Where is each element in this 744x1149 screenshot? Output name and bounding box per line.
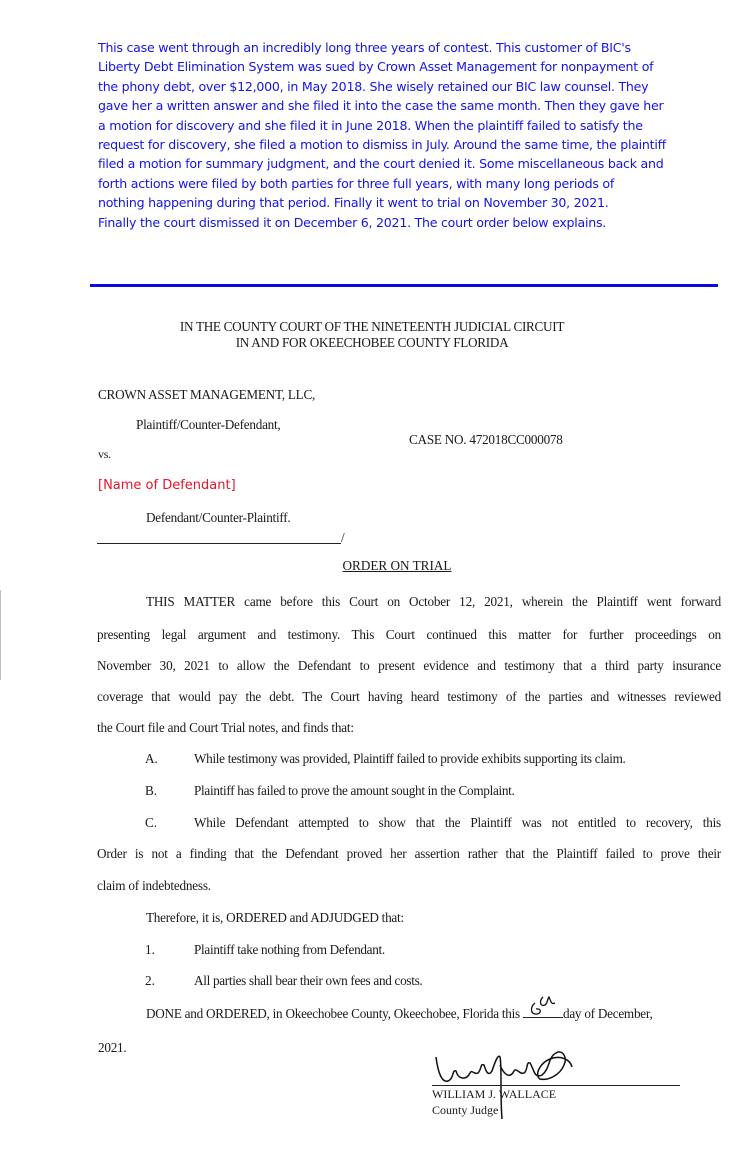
ruling-text: Plaintiff take nothing from Defendant. [194, 942, 385, 958]
therefore-clause: Therefore, it is, ORDERED and ADJUDGED t… [146, 910, 404, 926]
ruling-marker: 2. [145, 973, 155, 989]
annotation-line: a motion for discovery and she filed it … [98, 116, 738, 135]
plaintiff-name: CROWN ASSET MANAGEMENT, LLC, [98, 387, 315, 403]
page-edge [0, 590, 1, 680]
intro-line: presenting legal argument and testimony.… [97, 627, 721, 643]
plaintiff-role: Plaintiff/Counter-Defendant, [136, 417, 280, 433]
case-number: CASE NO. 472018CC000078 [409, 432, 563, 448]
versus: vs. [98, 447, 111, 462]
intro-line: coverage that would pay the debt. The Co… [97, 689, 721, 705]
order-title: ORDER ON TRIAL [0, 558, 744, 574]
annotation-line: Liberty Debt Elimination System was sued… [98, 57, 738, 76]
annotation-line: This case went through an incredibly lon… [98, 38, 738, 57]
annotation-line: Finally the court dismissed it on Decemb… [98, 213, 738, 232]
ruling-marker: 1. [145, 942, 155, 958]
defendant-role: Defendant/Counter-Plaintiff. [146, 510, 290, 526]
intro-line: November 30, 2021 to allow the Defendant… [97, 658, 721, 674]
handwritten-day-icon [525, 993, 565, 1017]
finding-marker: B. [145, 783, 157, 799]
finding-text: While testimony was provided, Plaintiff … [194, 751, 626, 767]
intro-line: the Court file and Court Trial notes, an… [97, 720, 721, 736]
finding-c-continued: claim of indebtedness. [97, 878, 721, 894]
ordered-adjudged-bold: ORDERED and ADJUDGED [226, 910, 379, 925]
judge-title: County Judge [432, 1103, 498, 1118]
annotation-line: nothing happening during that period. Fi… [98, 193, 738, 212]
done-ordered-bold: DONE and ORDERED [146, 1006, 267, 1021]
caption-underline [97, 543, 341, 544]
court-heading-line-1: IN THE COUNTY COURT OF THE NINETEENTH JU… [0, 319, 744, 335]
finding-text: Plaintiff has failed to prove the amount… [194, 783, 515, 799]
done-ordered-line: DONE and ORDERED, in Okeechobee County, … [146, 1005, 653, 1022]
signature-line [432, 1085, 680, 1086]
annotation-divider [90, 284, 718, 287]
finding-marker: C. [145, 815, 157, 831]
court-heading-line-2: IN AND FOR OKEECHOBEE COUNTY FLORIDA [0, 335, 744, 351]
order-year: 2021. [98, 1040, 126, 1056]
annotation-note: This case went through an incredibly lon… [98, 38, 738, 232]
intro-line: THIS MATTER came before this Court on Oc… [146, 594, 721, 610]
finding-marker: A. [145, 751, 158, 767]
ruling-text: All parties shall bear their own fees an… [194, 973, 422, 989]
finding-text: While Defendant attempted to show that t… [194, 815, 721, 831]
annotation-line: forth actions were filed by both parties… [98, 174, 738, 193]
day-blank [523, 1005, 563, 1018]
caption-slash: / [341, 530, 344, 546]
annotation-line: the phony debt, over $12,000, in May 201… [98, 77, 738, 96]
this-matter-bold: THIS MATTER [146, 594, 235, 609]
finding-c-continued: Order is not a finding that the Defendan… [97, 846, 721, 862]
annotation-line: gave her a written answer and she filed … [98, 96, 738, 115]
annotation-line: filed a motion for summary judgment, and… [98, 154, 738, 173]
judge-name: WILLIAM J. WALLACE [432, 1087, 556, 1102]
annotation-line: request for discovery, she filed a motio… [98, 135, 738, 154]
defendant-name-placeholder: [Name of Defendant] [98, 478, 236, 493]
